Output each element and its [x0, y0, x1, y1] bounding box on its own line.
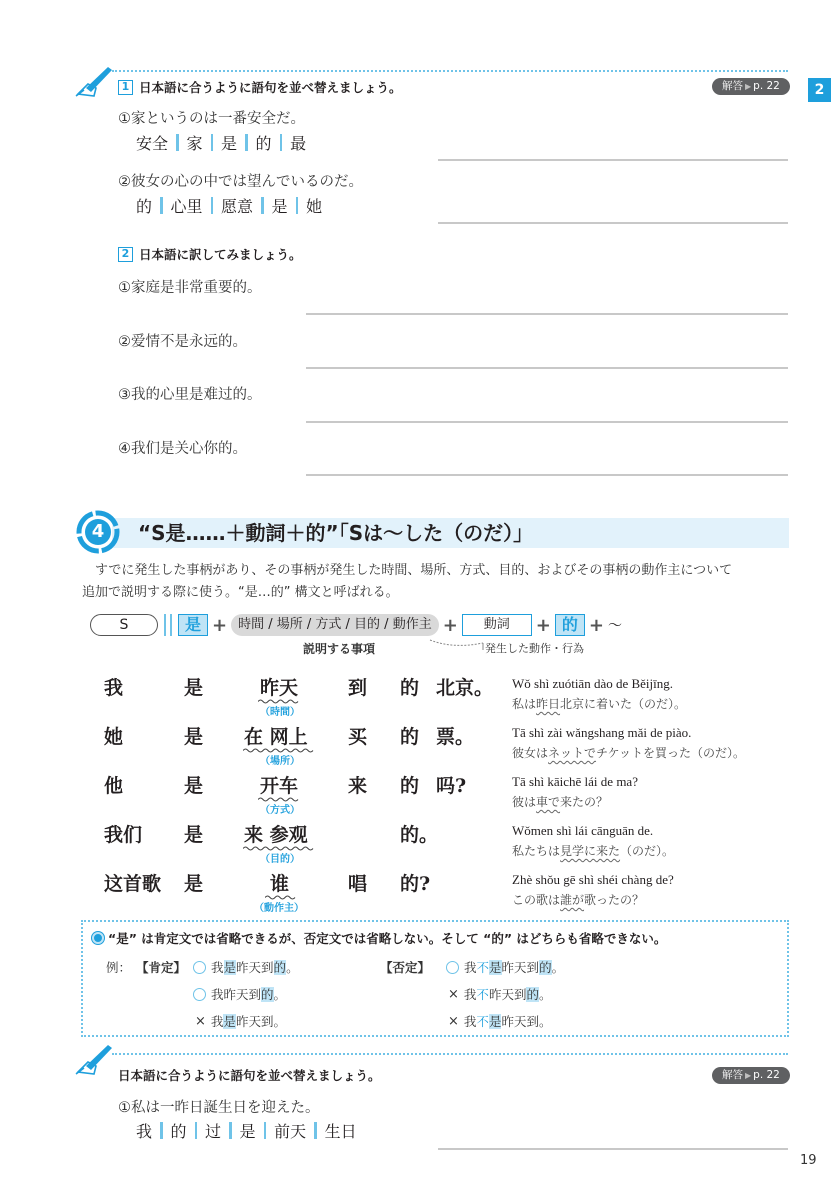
- subject: 我们: [104, 820, 142, 847]
- formula-subject: S: [90, 614, 158, 636]
- char: 昨天到: [501, 1014, 539, 1029]
- category-tag: （場所）: [260, 752, 300, 767]
- exercise-part2-title: 2 日本語に訳してみましょう。: [118, 245, 302, 263]
- word: 家: [187, 131, 203, 154]
- dotted-divider: [112, 1053, 788, 1055]
- separator: [160, 197, 163, 214]
- separator: [211, 134, 214, 151]
- shi: 是: [184, 771, 203, 798]
- verb: 来: [348, 771, 367, 798]
- char: 昨天到: [502, 960, 540, 975]
- affirmative-example: × 我是昨天到。: [195, 1012, 286, 1030]
- answer-reference-pill[interactable]: 解答▶p. 22: [712, 1067, 790, 1084]
- affirmative-example: 我昨天到的。: [193, 985, 286, 1003]
- part-number-badge: 2: [118, 247, 133, 262]
- shi-highlight: 是: [223, 1014, 236, 1029]
- formula-verb: 動詞: [462, 614, 532, 636]
- ja-marked: 誰が: [560, 893, 584, 907]
- shi-highlight: 是: [224, 960, 237, 975]
- intro-line-2: 追加で説明する際に使う。“是…的” 構文と呼ばれる。: [82, 582, 794, 604]
- subject: 这首歌: [104, 869, 161, 896]
- dotted-divider: [112, 70, 788, 72]
- formula-tail: ～: [608, 615, 622, 635]
- part-title: 日本語に合うように語句を並べ替えましょう。: [139, 78, 402, 96]
- ja-text: 彼は: [512, 795, 536, 809]
- ja-text: （のだ）。: [620, 844, 674, 858]
- details-caption: 説明する事項: [303, 640, 375, 657]
- detail: 谁: [270, 869, 289, 896]
- ja-text: 歌ったの？: [584, 893, 644, 907]
- japanese-translation: 私は昨日北京に着いた（のだ）。: [512, 695, 686, 712]
- ja-text: 北京に着いた（のだ）。: [560, 697, 686, 711]
- word: 生日: [325, 1119, 357, 1142]
- plus-sign: +: [589, 615, 604, 636]
- answer-reference-pill[interactable]: 解答▶p. 22: [712, 78, 790, 95]
- char: 我: [464, 1014, 477, 1029]
- answer-line[interactable]: [306, 367, 788, 369]
- separator: [245, 134, 248, 151]
- char: 我: [464, 987, 477, 1002]
- word: 的: [171, 1119, 187, 1142]
- de: 的: [400, 673, 419, 700]
- separator: [314, 1122, 317, 1139]
- formula-de: 的: [555, 614, 585, 636]
- char: 我: [211, 1014, 224, 1029]
- ja-text: 私は: [512, 697, 536, 711]
- answer-label: 解答: [722, 80, 743, 92]
- char: 昨天到: [489, 987, 527, 1002]
- word-tiles: 的 心里 愿意 是 她: [136, 194, 322, 217]
- answer-line[interactable]: [306, 421, 788, 423]
- char: 。: [286, 960, 299, 975]
- triangle-right-icon: ▶: [745, 82, 751, 91]
- pinyin: Tā shì kāichē lái de ma?: [512, 774, 638, 790]
- negative-example: × 我不昨天到的。: [448, 985, 551, 1003]
- japanese-translation: 彼女はネットでチケットを買った（のだ）。: [512, 744, 745, 761]
- part-number-badge: 1: [118, 80, 133, 95]
- affirmative-label: 【肯定】: [136, 958, 186, 976]
- page-number: 19: [800, 1153, 817, 1168]
- word: 最: [290, 131, 306, 154]
- negative-label: 【否定】: [380, 958, 430, 976]
- category-tag: （目的）: [260, 850, 300, 865]
- ja-text: 彼女は: [512, 746, 548, 760]
- plus-sign: +: [536, 615, 551, 636]
- word: 是: [272, 194, 288, 217]
- formula-details: 時間 / 場所 / 方式 / 目的 / 動作主: [231, 614, 439, 636]
- verb: 到: [348, 673, 367, 700]
- ja-marked: 見学に来た: [560, 844, 620, 858]
- answer-line[interactable]: [438, 1148, 788, 1150]
- ja-marked: 昨日: [536, 697, 560, 711]
- correct-circle-icon: [446, 961, 459, 974]
- exercise-part1-title: 1 日本語に合うように語句を並べ替えましょう。: [118, 78, 402, 96]
- char: 昨天到: [236, 1014, 274, 1029]
- separator: [160, 1122, 163, 1139]
- translation-question: ①家庭是非常重要的。: [118, 276, 262, 297]
- bullet-icon: [92, 932, 104, 944]
- de: 的: [400, 722, 419, 749]
- chapter-tab: 2: [808, 78, 831, 102]
- pen-hand-icon: [74, 1042, 116, 1078]
- grammar-formula: S 是 + 時間 / 場所 / 方式 / 目的 / 動作主 + 動詞 + 的 +…: [90, 613, 622, 637]
- rest: 吗?: [436, 771, 466, 798]
- de: 的: [400, 771, 419, 798]
- shi: 是: [184, 722, 203, 749]
- char: 。: [539, 987, 552, 1002]
- char: 昨天到: [236, 960, 274, 975]
- shi-highlight: 是: [489, 1014, 502, 1029]
- word: 安全: [136, 131, 168, 154]
- word: 是: [240, 1119, 256, 1142]
- char: 。: [274, 987, 287, 1002]
- example-label: 例： 【肯定】: [106, 958, 186, 976]
- word: 的: [256, 131, 272, 154]
- de: 的。: [400, 820, 438, 847]
- note-heading: “是” は肯定文では省略できるが、否定文では省略しない。そして “的” はどちら…: [92, 929, 666, 947]
- part-title: 日本語に訳してみましょう。: [139, 245, 302, 263]
- ja-text: この歌は: [512, 893, 560, 907]
- separator: [280, 134, 283, 151]
- wrong-x-icon: ×: [448, 987, 459, 1002]
- separator: [264, 1122, 267, 1139]
- translation-question: ③我的心里是难过的。: [118, 383, 262, 404]
- ja-text: チケットを買った（のだ）。: [596, 746, 745, 760]
- ja-text: 来たの？: [560, 795, 608, 809]
- word: 心里: [171, 194, 203, 217]
- section-number: 4: [76, 520, 120, 544]
- word-tiles: 安全 家 是 的 最: [136, 131, 306, 154]
- de-highlight: 的: [526, 987, 539, 1002]
- translation-question: ②爱情不是永远的。: [118, 330, 247, 351]
- bu-negation: 不: [477, 960, 490, 975]
- ja-marked: 車で: [536, 795, 560, 809]
- question-prompt: ①家というのは一番安全だ。: [118, 107, 305, 128]
- answer-label: 解答: [722, 1069, 743, 1081]
- separator: [296, 197, 299, 214]
- separator: [211, 197, 214, 214]
- affirmative-example: 我是昨天到的。: [193, 958, 299, 976]
- word: 我: [136, 1119, 152, 1142]
- double-bar-divider: [164, 614, 172, 636]
- exercise2-title: 日本語に合うように語句を並べ替えましょう。: [118, 1066, 381, 1084]
- de-highlight: 的: [261, 987, 274, 1002]
- answer-page: p. 22: [753, 80, 780, 92]
- word: 的: [136, 194, 152, 217]
- de-highlight: 的: [539, 960, 552, 975]
- translation-question: ④我们是关心你的。: [118, 437, 247, 458]
- separator: [261, 197, 264, 214]
- detail: 开车: [260, 771, 298, 798]
- rest: 票。: [436, 722, 474, 749]
- shi-highlight: 是: [489, 960, 502, 975]
- shi: 是: [184, 869, 203, 896]
- ja-text: 私たちは: [512, 844, 560, 858]
- rest: 北京。: [436, 673, 493, 700]
- char: 。: [552, 960, 565, 975]
- example-prefix: 例：: [106, 958, 131, 976]
- pinyin: Wǒmen shì lái cānguān de.: [512, 823, 653, 839]
- separator: [195, 1122, 198, 1139]
- wrong-x-icon: ×: [448, 1014, 459, 1029]
- curved-arrow-icon: [428, 637, 488, 651]
- word: 愿意: [221, 194, 253, 217]
- verb: 唱: [348, 869, 367, 896]
- answer-line[interactable]: [438, 222, 788, 224]
- category-tag: （動作主）: [254, 899, 304, 914]
- subject: 他: [104, 771, 123, 798]
- detail: 昨天: [260, 673, 298, 700]
- plus-sign: +: [212, 615, 227, 636]
- note-text: “是” は肯定文では省略できるが、否定文では省略しない。そして “的” はどちら…: [108, 929, 666, 947]
- plus-sign: +: [443, 615, 458, 636]
- char: 我: [211, 987, 224, 1002]
- ja-marked: ネットで: [548, 746, 596, 760]
- verb-caption: 発生した動作・行為: [485, 640, 584, 656]
- category-tag: （時間）: [260, 703, 300, 718]
- char: 昨天到: [224, 987, 262, 1002]
- word: 前天: [274, 1119, 306, 1142]
- pinyin: Wǒ shì zuótiān dào de Běijīng.: [512, 676, 673, 692]
- correct-circle-icon: [193, 988, 206, 1001]
- separator: [176, 134, 179, 151]
- wrong-x-icon: ×: [195, 1014, 206, 1029]
- answer-page: p. 22: [753, 1069, 780, 1081]
- detail: 在 网上: [244, 722, 308, 749]
- negative-example: 我不是昨天到的。: [446, 958, 564, 976]
- intro-line-1: すでに発生した事柄があり、その事柄が発生した時間、場所、方式、目的、およびその事…: [82, 560, 794, 582]
- triangle-right-icon: ▶: [745, 1071, 751, 1080]
- formula-shi: 是: [178, 614, 208, 636]
- negative-example: × 我不是昨天到。: [448, 1012, 551, 1030]
- japanese-translation: 彼は車で来たの？: [512, 793, 608, 810]
- char: 我: [211, 960, 224, 975]
- answer-line[interactable]: [306, 474, 788, 476]
- question-prompt: ②彼女の心の中では望んでいるのだ。: [118, 170, 363, 191]
- char: 我: [464, 960, 477, 975]
- shi: 是: [184, 673, 203, 700]
- word: 过: [205, 1119, 221, 1142]
- question-prompt: ①私は一昨日誕生日を迎えた。: [118, 1096, 320, 1117]
- category-tag: （方式）: [260, 801, 300, 816]
- correct-circle-icon: [193, 961, 206, 974]
- char: 。: [273, 1014, 286, 1029]
- pen-hand-icon: [74, 64, 116, 100]
- de-highlight: 的: [274, 960, 287, 975]
- word-tiles: 我 的 过 是 前天 生日: [136, 1119, 357, 1142]
- char: 。: [539, 1014, 552, 1029]
- japanese-translation: この歌は誰が歌ったの？: [512, 891, 644, 908]
- subject: 她: [104, 722, 123, 749]
- section-title: “S是……＋動詞＋的”「Sは～した（のだ）」: [138, 518, 533, 548]
- word: 是: [221, 131, 237, 154]
- shi: 是: [184, 820, 203, 847]
- bu-negation: 不: [476, 1014, 489, 1029]
- detail: 来 参观: [244, 820, 308, 847]
- de: 的?: [400, 869, 430, 896]
- pinyin: Tā shì zài wǎngshang mǎi de piào.: [512, 725, 691, 741]
- answer-line[interactable]: [438, 159, 788, 161]
- subject: 我: [104, 673, 123, 700]
- separator: [229, 1122, 232, 1139]
- bu-negation: 不: [476, 987, 489, 1002]
- pinyin: Zhè shǒu gē shì shéi chàng de?: [512, 872, 674, 888]
- verb: 买: [348, 722, 367, 749]
- word: 她: [306, 194, 322, 217]
- answer-line[interactable]: [306, 313, 788, 315]
- japanese-translation: 私たちは見学に来た（のだ）。: [512, 842, 674, 859]
